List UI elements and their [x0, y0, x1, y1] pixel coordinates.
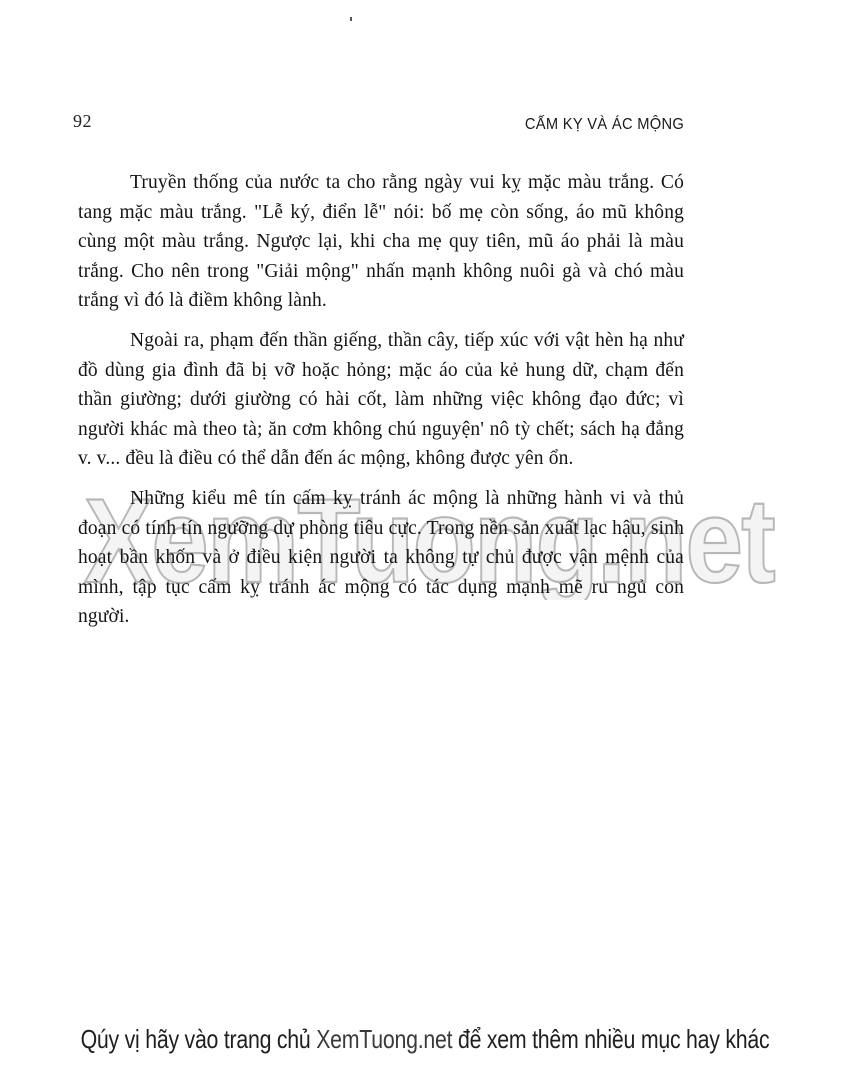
page-number: 92 — [73, 111, 92, 132]
footer-banner: Qúy vị hãy vào trang chủ XemTuong.net để… — [77, 1024, 774, 1055]
footer-text-after: để xem thêm nhiều mục hay khác — [452, 1024, 769, 1054]
paragraph-3: Những kiểu mê tín cấm kỵ tránh ác mộng l… — [78, 484, 684, 632]
paragraph-2: Ngoài ra, phạm đến thần giếng, thần cây,… — [78, 326, 684, 474]
footer-brand-link[interactable]: XemTuong.net — [316, 1024, 452, 1054]
body-text: Truyền thống của nước ta cho rằng ngày v… — [78, 168, 684, 642]
footer-text-before: Qúy vị hãy vào trang chủ — [81, 1024, 317, 1054]
scan-speck — [350, 17, 352, 21]
paragraph-1: Truyền thống của nước ta cho rằng ngày v… — [78, 168, 684, 316]
running-head: CẤM KỴ VÀ ÁC MỘNG — [525, 116, 684, 134]
